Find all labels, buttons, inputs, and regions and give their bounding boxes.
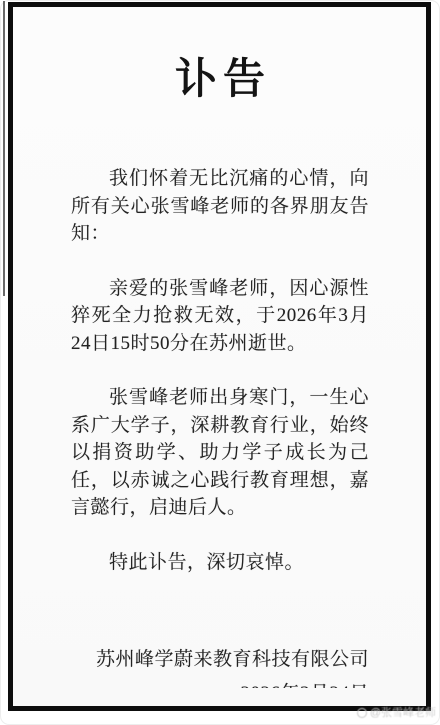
- weibo-logo-icon: [357, 708, 367, 718]
- photo-edge-artifact: [3, 1, 5, 296]
- signoff-block: 苏州峰学蔚来教育科技有限公司 2026年3月24日: [71, 646, 369, 688]
- signature-date: 2026年3月24日: [71, 680, 369, 688]
- obituary-paragraph-3: 张雪峰老师出身寒门，一生心系广大学子，深耕教育行业，始终以捐资助学、助力学子成长…: [71, 384, 369, 522]
- obituary-paragraph-1: 我们怀着无比沉痛的心情，向所有关心张雪峰老师的各界朋友告知：: [71, 165, 369, 248]
- obituary-notice-photo: 讣告 我们怀着无比沉痛的心情，向所有关心张雪峰老师的各界朋友告知： 亲爱的张雪峰…: [0, 0, 440, 725]
- obituary-content: 讣告 我们怀着无比沉痛的心情，向所有关心张雪峰老师的各界朋友告知： 亲爱的张雪峰…: [25, 13, 413, 688]
- obituary-paragraph-2: 亲爱的张雪峰老师，因心源性猝死全力抢救无效，于2026年3月24日15时50分在…: [71, 275, 369, 358]
- obituary-title: 讣告: [71, 53, 369, 105]
- obituary-body: 我们怀着无比沉痛的心情，向所有关心张雪峰老师的各界朋友告知： 亲爱的张雪峰老师，…: [71, 165, 369, 576]
- signature-company: 苏州峰学蔚来教育科技有限公司: [71, 646, 369, 674]
- weibo-watermark: @张雪峰老师: [357, 707, 436, 719]
- mourning-border-frame: 讣告 我们怀着无比沉痛的心情，向所有关心张雪峰老师的各界朋友告知： 亲爱的张雪峰…: [8, 2, 431, 711]
- watermark-text: @张雪峰老师: [370, 707, 436, 719]
- obituary-paragraph-4: 特此讣告，深切哀悼。: [71, 549, 369, 577]
